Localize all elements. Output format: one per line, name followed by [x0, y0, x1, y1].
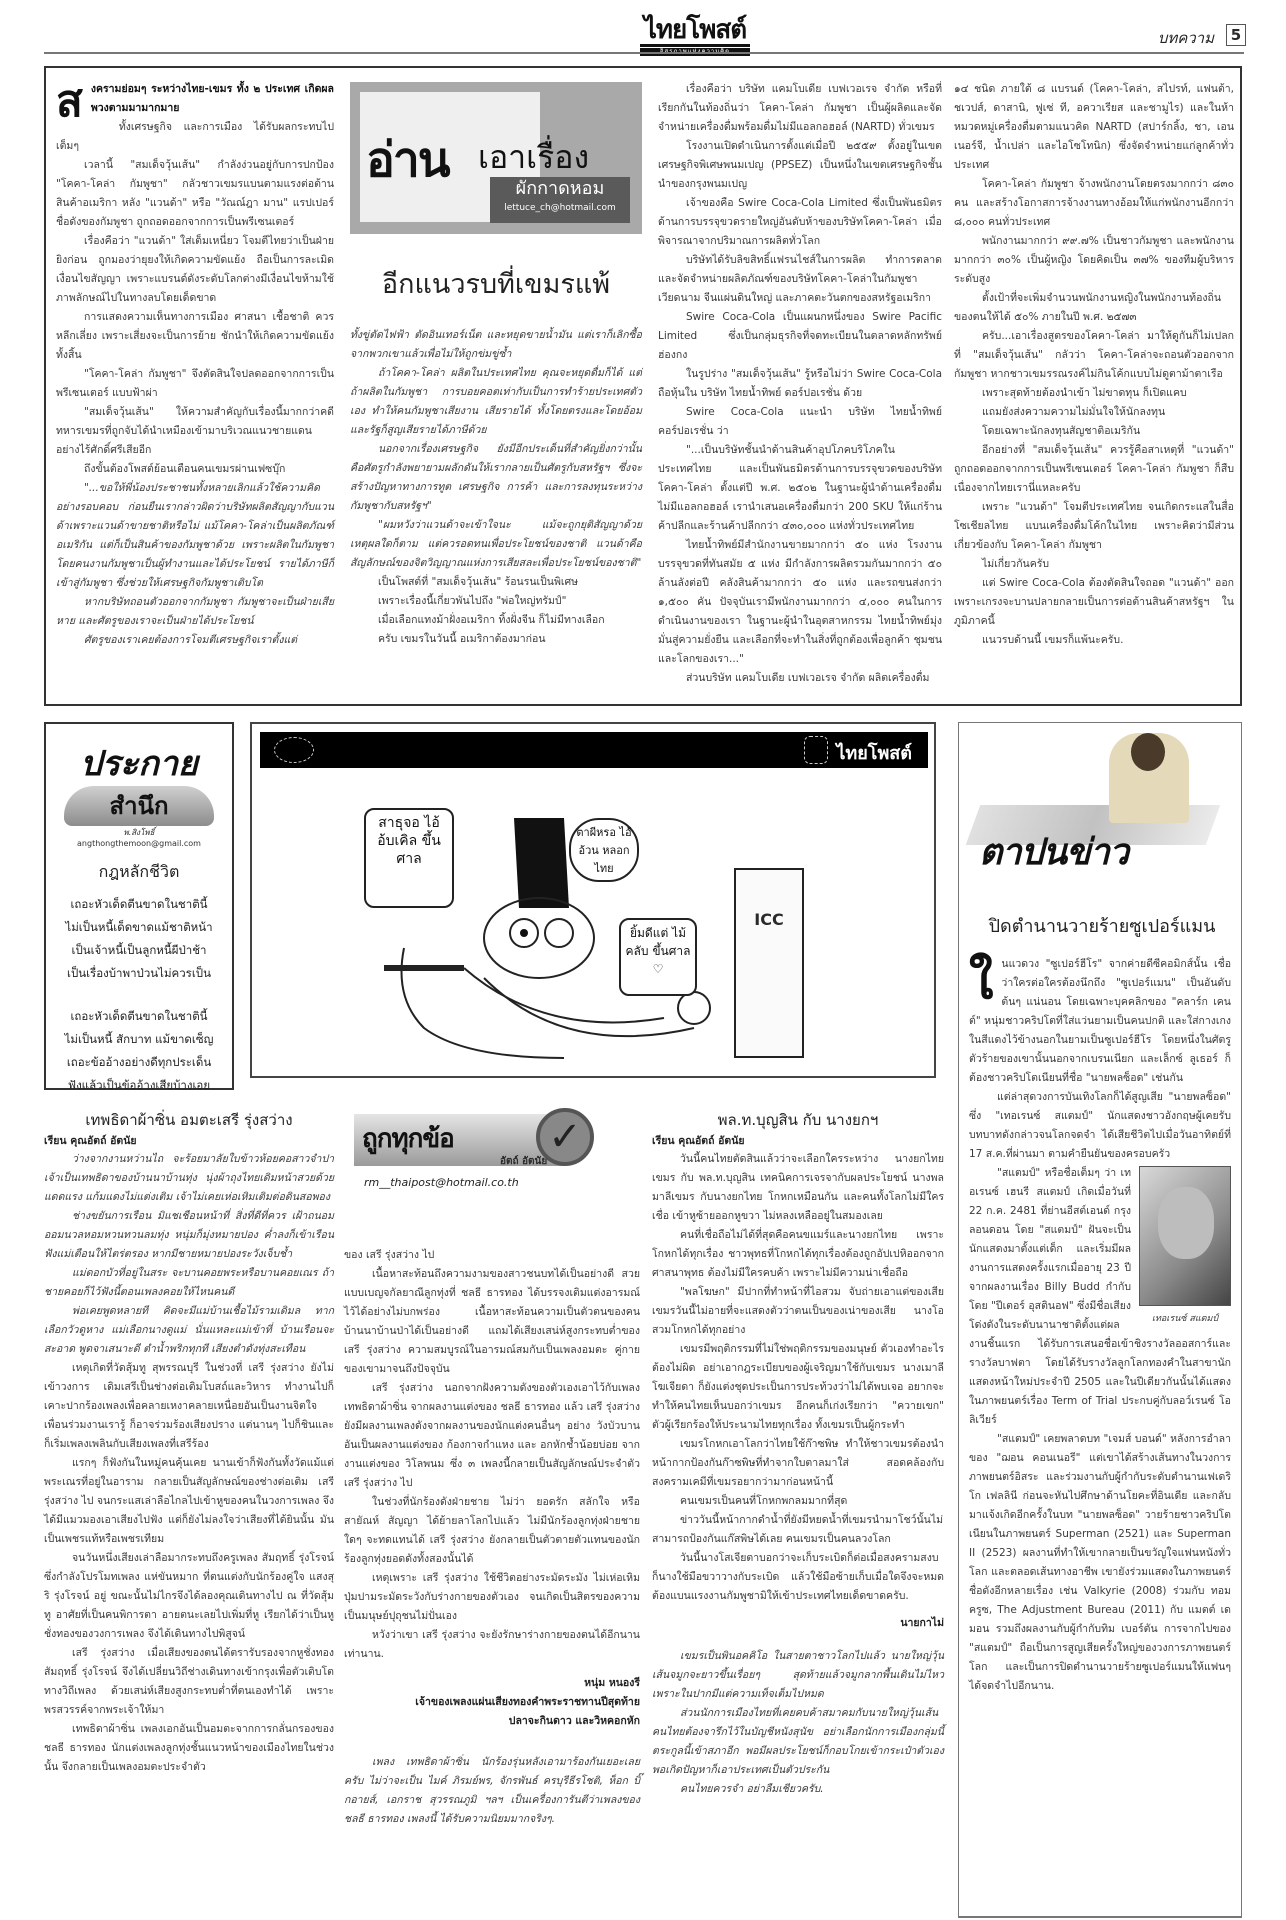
poem-logo-top: ประกาย — [46, 736, 232, 790]
photo-caption: เทอเรนซ์ สแตมป์ — [1139, 1310, 1231, 1329]
mascot-icon — [274, 737, 314, 763]
editor-reply: เพลง เทพธิดาผ้าซิ่น นักร้องรุ่นหลังเอามา… — [344, 1753, 640, 1829]
letter-body: วันนี้คนไทยตัดสินแล้วว่าจะเลือกใครระหว่า… — [652, 1150, 944, 1799]
column-text-a: ส งครามย่อมๆ ระหว่างไทย-เขมร ทั้ง ๒ ประเ… — [56, 80, 334, 650]
news-box: ตาปนข่าว ปิดตำนานวายร้ายซูเปอร์แมน ใ นแว… — [958, 722, 1242, 1918]
letter-signature-line2: เจ้าของเพลงแผ่นเสียงทองคำพระราชทานปีสุดท… — [344, 1693, 640, 1712]
dropcap: ใ — [969, 957, 993, 1005]
column-logo-check: ถูกทุกข้อ อัตถ์ อัตนัย ✓ rm__thaipost@ho… — [350, 1096, 634, 1172]
poem-email[interactable]: angthongthemoon@gmail.com — [46, 839, 232, 848]
icc-pillar: ICC — [734, 868, 804, 1058]
poem-title: กฎหลักชีวิต — [46, 860, 232, 885]
letter-title: พล.ท.บุญสิน กับ นางยกฯ — [652, 1108, 944, 1132]
news-body: ใ นแวดวง "ซูเปอร์ฮีโร" จากค่ายดีซีคอมิกส… — [969, 955, 1231, 1696]
editor-reply: เขมรเป็นพินอคคิโอ ในสายตาชาวโลกไปแล้ว นา… — [652, 1647, 944, 1704]
news-logo: ตาปนข่าว — [979, 823, 1128, 880]
letter-title: เทพธิดาผ้าซิ่น อมตะเสรี รุ่งสว่าง — [44, 1108, 334, 1132]
letter-byline: เรียน คุณอัตถ์ อัตนัย — [44, 1132, 334, 1150]
masthead-logo: ไทยโพสต์ อิสรภาพแห่งความคิด — [640, 16, 750, 56]
section-label: บทความ — [1158, 26, 1214, 50]
letter-signature-line3: ปลาจะกินดาว และวิหคอกหัก — [344, 1712, 640, 1731]
check-logo-word: ถูกทุกข้อ — [362, 1118, 454, 1159]
column-text-c: เรื่องคือว่า บริษัท แคมโบเดีย เบฟเวอเรจ … — [658, 80, 942, 688]
column-banner: อ่าน เอาเรื่อง ผักกาดหอม lettuce_ch@hotm… — [350, 82, 642, 234]
poem-stanza-1: เถอะหัวเด็ดตีนขาดในชาตินี้ ไม่เป็นหนี้เด… — [46, 893, 232, 985]
cartoon-drawing: สาธุจอ ไอ้อ้บเคิล ขึ้นศาล ตาผีหรอ ไอ้อ้ว… — [364, 798, 824, 1068]
letter-signature: นายกาไม่ — [652, 1614, 944, 1633]
poem-box: ประกาย สำนึก พ.สิงโพธิ์ angthongthemoon@… — [44, 722, 234, 1090]
author-email[interactable]: lettuce_ch@hotmail.com — [490, 201, 630, 215]
cartoon-brand: ไทยโพสต์ — [836, 738, 912, 767]
poem-pen-name: พ.สิงโพธิ์ — [46, 826, 232, 839]
check-logo-email[interactable]: rm__thaipost@hotmail.co.th — [364, 1176, 519, 1189]
speech-bubble-left: สาธุจอ ไอ้อ้บเคิล ขึ้นศาล — [364, 808, 454, 908]
column-text-b: ทั้งขู่ตัดไฟฟ้า ตัดอินเทอร์เน็ต และหยุดข… — [350, 326, 642, 649]
column-text-d: ๑๔ ชนิด ภายใต้ ๘ แบรนด์ (โคคา-โคล่า, สไป… — [954, 80, 1234, 650]
mascot-icon — [804, 736, 828, 764]
banner-title-small: เอาเรื่อง — [478, 132, 589, 183]
masthead-logo-text: ไทยโพสต์ — [640, 16, 750, 47]
speech-bubble-top: ตาผีหรอ ไอ้อ้วน หลอกไทย — [569, 818, 639, 882]
page-number: 5 — [1226, 24, 1246, 46]
news-headline: ปิดตำนานวายร้ายซูเปอร์แมน — [971, 911, 1233, 940]
author-strip: ผักกาดหอม lettuce_ch@hotmail.com — [490, 177, 630, 223]
newspaper-reader-illustration — [1109, 733, 1189, 823]
letter-right: พล.ท.บุญสิน กับ นางยกฯ เรียน คุณอัตถ์ อั… — [652, 1108, 944, 1799]
author-name: ผักกาดหอม — [490, 177, 630, 201]
letter-body: ว่างจากงานหว่านไถ จะร้อยมาลัยใบข้าวห้อยค… — [44, 1150, 334, 1777]
editorial-cartoon: ไทยโพสต์ สาธุจอ ไอ้อ้บเคิล ขึ้นศาล ตาผีห… — [250, 722, 936, 1078]
check-logo-author: อัตถ์ อัตนัย — [500, 1154, 547, 1169]
column-headline: อีกแนวรบที่เขมรแพ้ — [350, 262, 642, 305]
masthead-rule — [44, 52, 1244, 54]
speech-bubble-right: ยิ้มดีแต่ ไม้คลับ ขึ้นศาล ♡ — [619, 918, 697, 996]
cartoon-header-bar: ไทยโพสต์ — [260, 732, 928, 768]
letter-left: เทพธิดาผ้าซิ่น อมตะเสรี รุ่งสว่าง เรียน … — [44, 1108, 334, 1777]
actor-photo — [1139, 1166, 1231, 1306]
poem-logo-ribbon: สำนึก — [64, 786, 214, 826]
dropcap: ส — [56, 82, 83, 122]
checkmark-icon: ✓ — [536, 1108, 594, 1166]
letter-byline: เรียน คุณอัตถ์ อัตนัย — [652, 1132, 944, 1150]
letter-signature: หนุ่ม หนองรี — [344, 1674, 640, 1693]
letter-middle-body: ของ เสรี รุ่งสว่าง ไป เนื้อหาสะท้อนถึงคว… — [344, 1246, 640, 1829]
banner-title-big: อ่าน — [366, 122, 449, 198]
poem-stanza-2: เถอะหัวเด็ดตีนขาดในชาตินี้ ไม่เป็นหนี้ ส… — [46, 1005, 232, 1097]
